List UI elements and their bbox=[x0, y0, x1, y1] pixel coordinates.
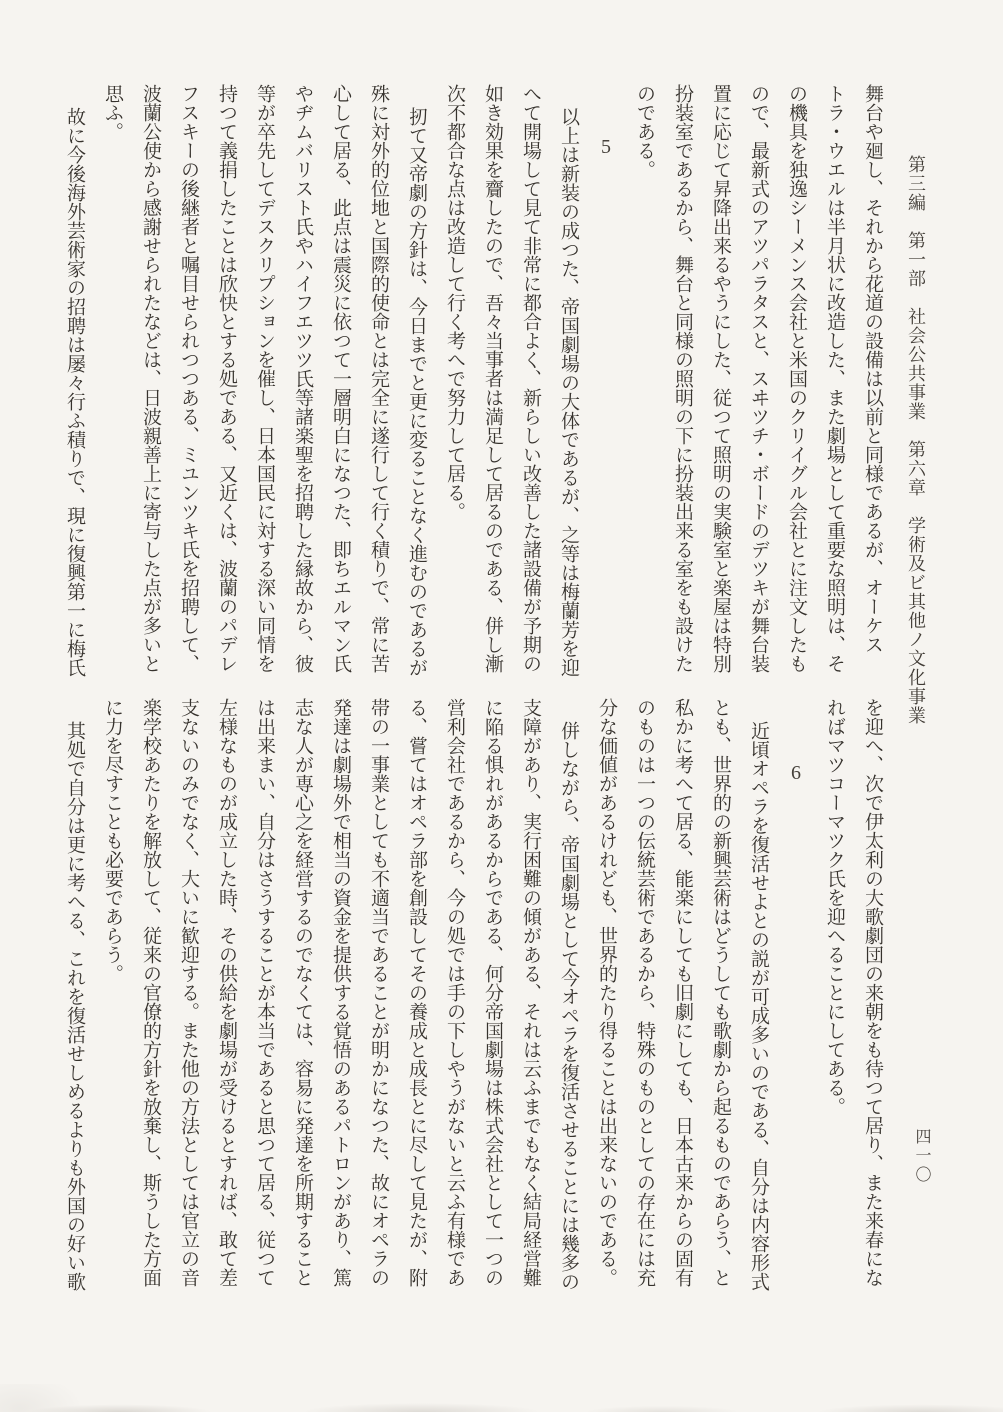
text-column: 志な人が専心之を経営するのでなくては、容易に発達を所期すること bbox=[283, 698, 321, 1294]
text-column: 其処で自分は更に考へる、これを復活せしめるよりも外国の好い歌 bbox=[55, 698, 93, 1294]
scanned-book-page: 第三編 第一部 社会公共事業 第六章 学術及ビ其他ノ文化事業 舞台や廻し、それか… bbox=[0, 0, 1003, 1412]
text-column: は出来まい、自分はさうすることが本当であると思つて居る、従つて bbox=[245, 698, 283, 1294]
text-column: 殊に対外的位地と国際的使命とは完全に遂行して行く積りで、常に苦 bbox=[359, 84, 397, 680]
text-column: 心して居る、此点は震災に依つて一層明白になつた、即ちエルマン氏 bbox=[321, 84, 359, 680]
text-column: 等が卒先してデスクリプションを催し、日本国民に対する深い同情を bbox=[245, 84, 283, 680]
text-column: 持つて義捐したことは欣快とする処である、又近くは、波蘭のパデレ bbox=[207, 84, 245, 680]
text-column: 故に今後海外芸術家の招聘は屡々行ふ積りで、現に復興第一に梅氏 bbox=[55, 84, 93, 680]
text-column: 楽学校あたりを解放して、従来の官僚的方針を放棄し、斯うした方面 bbox=[131, 698, 169, 1294]
text-column: のものは一つの伝統芸術であるから、特殊のものとしての存在には充 bbox=[625, 698, 663, 1294]
text-column: 波蘭公使から感謝せられたなどは、日波親善上に寄与した点が多いと bbox=[131, 84, 169, 680]
text-column: 支ないのみでなく、大いに歓迎する。また他の方法としては官立の音 bbox=[169, 698, 207, 1294]
text-column: 扨て又帝劇の方針は、今日までと更に変ることなく進むのであるが bbox=[397, 84, 435, 680]
text-column: 以上は新装の成つた、帝国劇場の大体であるが、之等は梅蘭芳を迎 bbox=[549, 84, 587, 680]
text-column: る、嘗てはオペラ部を創設してその養成と成長とに尽して見たが、附 bbox=[397, 698, 435, 1294]
text-column: を迎へ、次で伊太利の大歌劇団の来朝をも待つて居り、また来春にな bbox=[853, 698, 891, 1294]
text-column: 置に応じて昇降出来るやうにした、従つて照明の実験室と楽屋は特別 bbox=[701, 84, 739, 680]
top-text-block: 舞台や廻し、それから花道の設備は以前と同様であるが、オーケス トラ・ウエルは半月… bbox=[55, 84, 891, 680]
text-column: 如き効果を齎したので、吾々当事者は満足して居るのである、併し漸 bbox=[473, 84, 511, 680]
running-header: 第三編 第一部 社会公共事業 第六章 学術及ビ其他ノ文化事業 bbox=[903, 155, 929, 715]
text-column: ので、最新式のアツパラタスと、スヰツチ・ボードのデツキが舞台装 bbox=[739, 84, 777, 680]
text-column: フスキーの後継者と嘱目せられつつある、ミユンツキ氏を招聘して、 bbox=[169, 84, 207, 680]
text-column: 舞台や廻し、それから花道の設備は以前と同様であるが、オーケス bbox=[853, 84, 891, 680]
text-column: のである。 bbox=[625, 84, 663, 680]
text-column: 営利会社であるから、今の処では手の下しやうがないと云ふ有様であ bbox=[435, 698, 473, 1294]
text-column: トラ・ウエルは半月状に改造した、また劇場として重要な照明は、そ bbox=[815, 84, 853, 680]
text-column: 私かに考へて居る、能楽にしても旧劇にしても、日本古来からの固有 bbox=[663, 698, 701, 1294]
text-column: 帯の一事業としても不適当であることが明かになつた、故にオペラの bbox=[359, 698, 397, 1294]
text-column: へて開場して見て非常に都合よく、新らしい改善した諸設備が予期の bbox=[511, 84, 549, 680]
text-column: 次不都合な点は改造して行く考へで努力して居る。 bbox=[435, 84, 473, 680]
text-column: 支障があり、実行困難の傾がある、それは云ふまでもなく結局経営難 bbox=[511, 698, 549, 1294]
text-column: ればマツコーマツク氏を迎へることにしてある。 bbox=[815, 698, 853, 1294]
text-column: 扮装室であるから、舞台と同様の照明の下に扮装出来る室をも設けた bbox=[663, 84, 701, 680]
text-column: の機具を独逸シーメンス会社と米国のクリイグル会社とに注文したも bbox=[777, 84, 815, 680]
section-number-5: 5 bbox=[587, 84, 625, 680]
text-column: 発達は劇場外で相当の資金を提供する覚悟のあるパトロンがあり、篤 bbox=[321, 698, 359, 1294]
bottom-text-block: を迎へ、次で伊太利の大歌劇団の来朝をも待つて居り、また来春にな ればマツコーマツ… bbox=[55, 698, 891, 1294]
text-column: 近頃オペラを復活せよとの説が可成多いのである、自分は内容形式 bbox=[739, 698, 777, 1294]
text-column: に陥る惧れがあるからである、何分帝国劇場は株式会社として一つの bbox=[473, 698, 511, 1294]
text-column: とも、世界的の新興芸術はどうしても歌劇から起るものであらう、と bbox=[701, 698, 739, 1294]
text-column: 分な価値があるけれども、世界的たり得ることは出来ないのである。 bbox=[587, 698, 625, 1294]
section-number-6: 6 bbox=[777, 698, 815, 1294]
text-column: 併しながら、帝国劇場として今オペラを復活させることには幾多の bbox=[549, 698, 587, 1294]
text-column: に力を尽すことも必要であらう。 bbox=[93, 698, 131, 1294]
text-column: 左様なものが成立した時、その供給を劇場が受けるとすれば、敢て差 bbox=[207, 698, 245, 1294]
scan-noise bbox=[0, 1384, 1003, 1412]
page-number: 四一〇 bbox=[910, 1128, 933, 1185]
text-column: やヂムバリスト氏やハイフエツツ氏等諸楽聖を招聘した縁故から、彼 bbox=[283, 84, 321, 680]
text-column: 思ふ。 bbox=[93, 84, 131, 680]
